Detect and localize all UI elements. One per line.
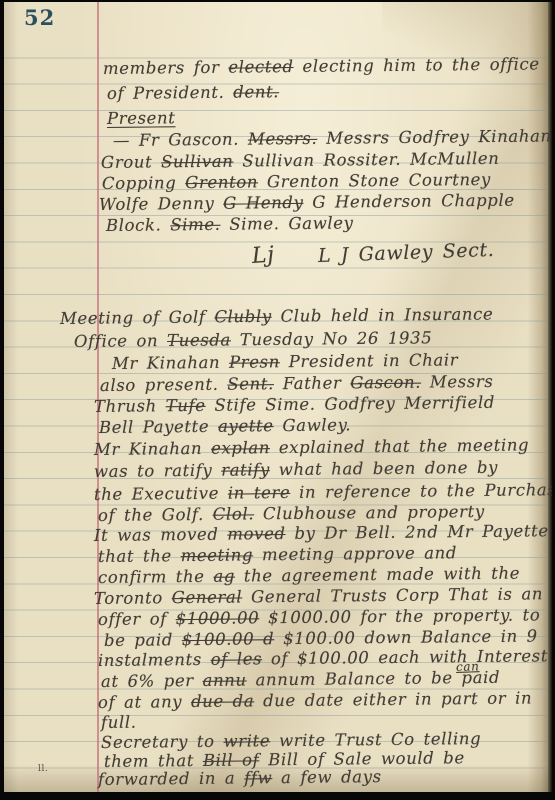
handwriting-line: of President. dent. <box>107 82 279 104</box>
handwriting-line: Office on Tuesda Tuesday No 26 1935 <box>74 328 432 352</box>
page-edge <box>548 2 552 792</box>
handwriting-line: Bell Payette ayette Gawley. <box>99 415 351 438</box>
present-heading: Present <box>107 108 176 129</box>
handwriting-line: that the meeting meeting approve and <box>98 543 457 567</box>
margin-mark: ll. <box>38 759 49 779</box>
handwriting-line: was to ratify ratify what had been done … <box>94 458 498 482</box>
handwriting-line: Thrush Tufe Stife Sime. Godfrey Merrifie… <box>94 393 495 417</box>
attendees-line: Grout Sullivan Sullivan Rossiter. McMull… <box>101 149 500 173</box>
handwriting-line: forwarded in a ffw a few days <box>98 767 382 790</box>
handwriting-line: Mr Kinahan Presn President in Chair <box>112 350 458 374</box>
signature-flourish: Lj <box>251 245 275 267</box>
attendees-line: Copping Grenton Grenton Stone Courtney <box>102 170 491 194</box>
handwriting-line: at 6% per annu annum Balance to be paid <box>101 668 500 692</box>
page-number: 52 <box>24 5 55 30</box>
ledger-page: 52 members for elected electing him to t… <box>4 2 552 792</box>
attendees-line: Block. Sime. Sime. Gawley <box>106 213 354 236</box>
handwriting-line: also present. Sent. Father Gascon. Messr… <box>100 372 494 396</box>
inserted-word: can <box>456 656 480 677</box>
handwriting-line: full. <box>101 713 137 733</box>
